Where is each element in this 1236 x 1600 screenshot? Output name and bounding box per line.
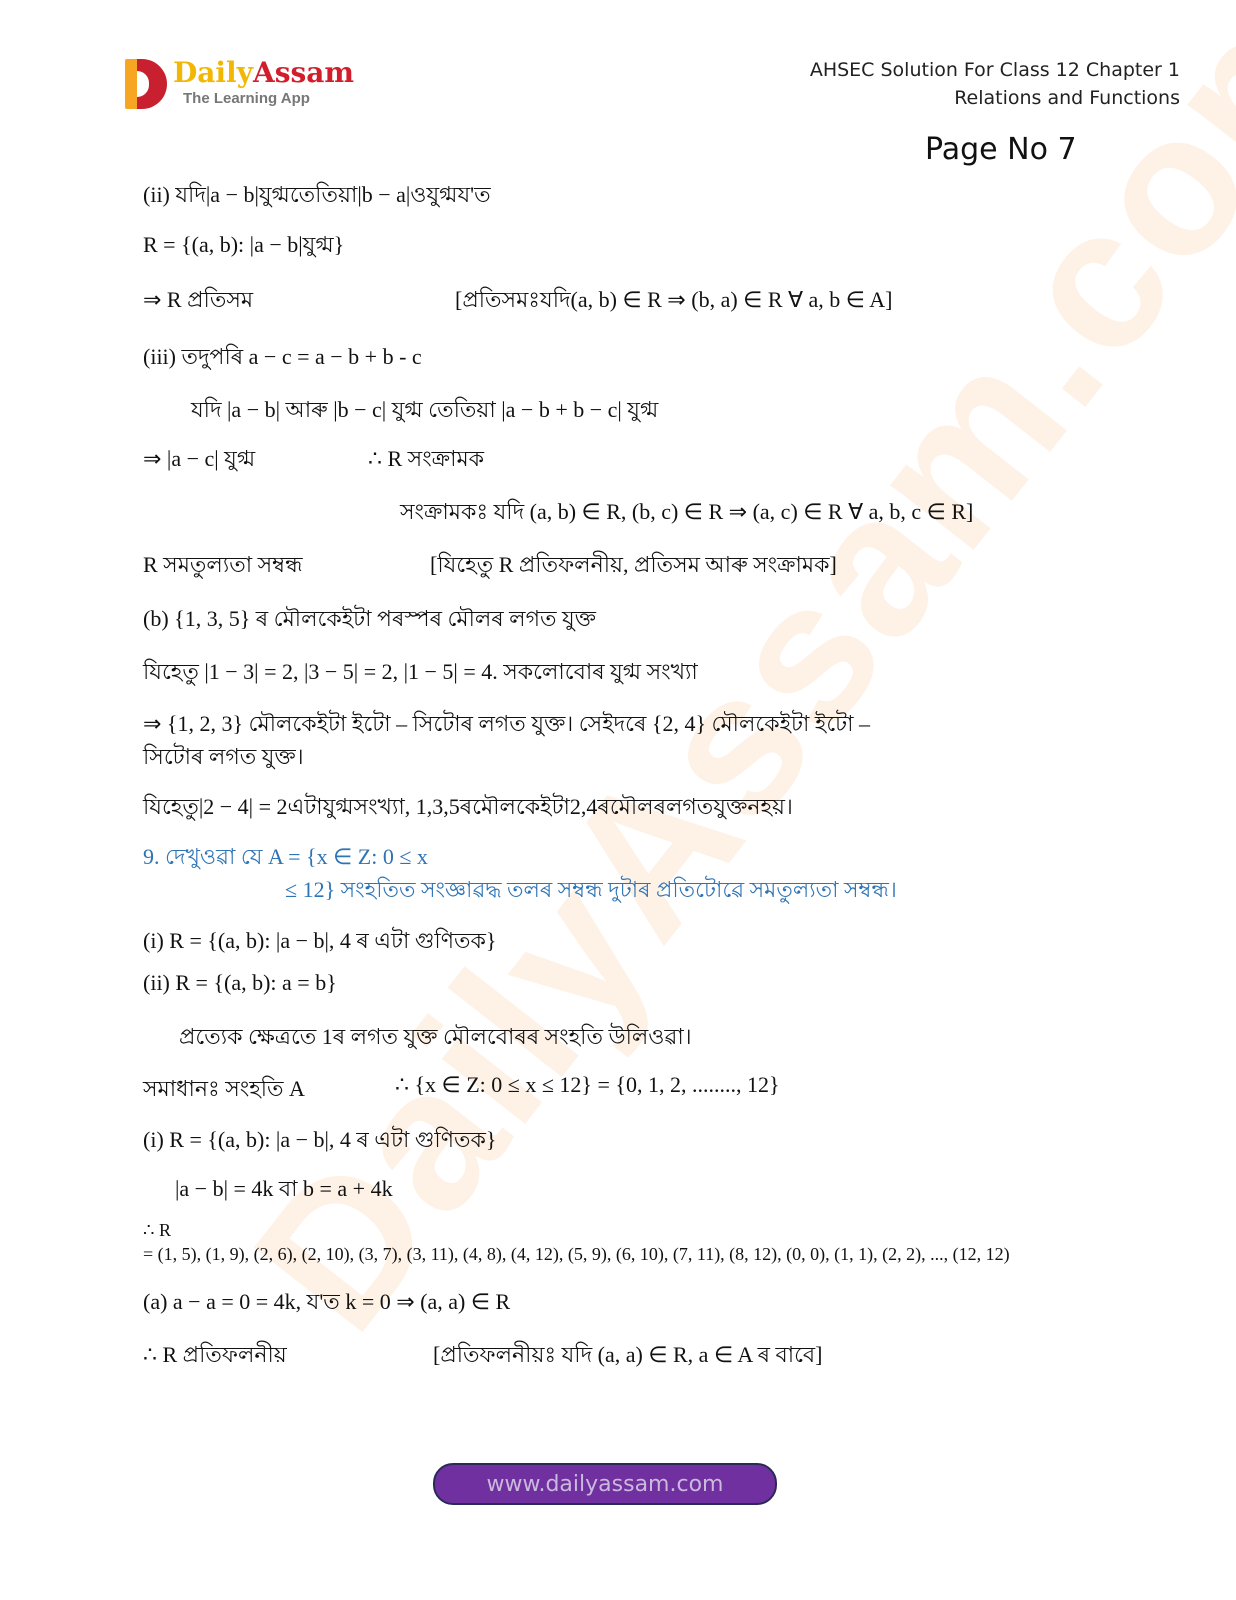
text-line: R সমতুল্যতা সম্বন্ধ bbox=[143, 548, 303, 585]
text-line: সমাধানঃ সংহতি A bbox=[143, 1072, 305, 1109]
text-line: যদি |a − b| আৰু |b − c| যুগ্ম তেতিয়া |a… bbox=[191, 393, 658, 430]
text-line: R = {(a, b): |a − b|যুগ্ম} bbox=[143, 228, 344, 265]
text-line: প্ৰত্যেক ক্ষেত্ৰতে 1ৰ লগত যুক্ত মৌলবোৰৰ … bbox=[179, 1020, 692, 1057]
text-line: (b) {1, 3, 5} ৰ মৌলকেইটা পৰস্পৰ মৌলৰ লগত… bbox=[143, 602, 596, 639]
website-url: www.dailyassam.com bbox=[487, 1472, 724, 1497]
text-line: (a) a − a = 0 = 4k, য'ত k = 0 ⇒ (a, a) ∈… bbox=[143, 1285, 510, 1322]
logo-brand-assam: Assam bbox=[253, 56, 354, 89]
text-line: (ii) যদি|a − b|যুগ্মতেতিয়া|b − a|ওযুগ্ম… bbox=[143, 178, 491, 215]
text-line: (iii) তদুপৰি a − c = a − b + b - c bbox=[143, 340, 422, 377]
text-line: (i) R = {(a, b): |a − b|, 4 ৰ এটা গুণিতক… bbox=[143, 1123, 496, 1160]
text-line-annotation: [প্ৰতিফলনীয়ঃ যদি (a, a) ∈ R, a ∈ A ৰ বা… bbox=[433, 1338, 823, 1375]
dailyassam-logo: DailyAssam The Learning App bbox=[125, 55, 354, 109]
text-line-annotation: [যিহেতু R প্ৰতিফলনীয়, প্ৰতিসম আৰু সংক্ৰ… bbox=[430, 548, 837, 585]
logo-brand-daily: Daily bbox=[173, 56, 253, 89]
text-line-annotation: [প্ৰতিসমঃযদি(a, b) ∈ R ⇒ (b, a) ∈ R ∀ a,… bbox=[455, 283, 892, 320]
text-line: ∴ R প্ৰতিফলনীয় bbox=[143, 1338, 287, 1375]
website-link-button[interactable]: www.dailyassam.com bbox=[433, 1463, 777, 1505]
document-header: AHSEC Solution For Class 12 Chapter 1 Re… bbox=[810, 56, 1180, 112]
logo-tagline: The Learning App bbox=[183, 90, 354, 107]
text-line: যিহেতু |1 − 3| = 2, |3 − 5| = 2, |1 − 5|… bbox=[143, 655, 698, 692]
text-line: ⇒ R প্ৰতিসম bbox=[143, 283, 253, 320]
text-line: ⇒ {1, 2, 3} মৌলকেইটা ইটো – সিটোৰ লগত যুক… bbox=[143, 707, 870, 744]
text-line: সিটোৰ লগত যুক্ত। bbox=[143, 740, 304, 777]
logo-title: DailyAssam bbox=[173, 58, 354, 88]
text-line-annotation: ∴ {x ∈ Z: 0 ≤ x ≤ 12} = {0, 1, 2, ......… bbox=[395, 1072, 780, 1098]
text-line: = (1, 5), (1, 9), (2, 6), (2, 10), (3, 7… bbox=[143, 1244, 1010, 1265]
text-line: |a − b| = 4k বা b = a + 4k bbox=[175, 1172, 393, 1209]
text-line: যিহেতু|2 − 4| = 2এটাযুগ্মসংখ্যা, 1,3,5ৰম… bbox=[143, 790, 793, 827]
header-line-2: Relations and Functions bbox=[810, 84, 1180, 112]
text-line: (ii) R = {(a, b): a = b} bbox=[143, 970, 337, 996]
header-line-1: AHSEC Solution For Class 12 Chapter 1 bbox=[810, 56, 1180, 84]
text-line: ∴ R bbox=[143, 1220, 171, 1241]
text-line: ⇒ |a − c| যুগ্ম bbox=[143, 442, 255, 479]
logo-d-icon bbox=[125, 55, 169, 109]
page-number: Page No 7 bbox=[925, 132, 1077, 167]
text-line: সংক্ৰামকঃ যদি (a, b) ∈ R, (b, c) ∈ R ⇒ (… bbox=[400, 495, 973, 532]
text-line: 9. দেখুওৱা যে A = {x ∈ Z: 0 ≤ x bbox=[143, 840, 428, 877]
text-line: (i) R = {(a, b): |a − b|, 4 ৰ এটা গুণিতক… bbox=[143, 924, 496, 961]
text-line-annotation: ∴ R সংক্ৰামক bbox=[368, 442, 484, 479]
text-line: ≤ 12} সংহতিত সংজ্ঞাৱদ্ধ তলৰ সম্বন্ধ দুটা… bbox=[285, 873, 897, 910]
